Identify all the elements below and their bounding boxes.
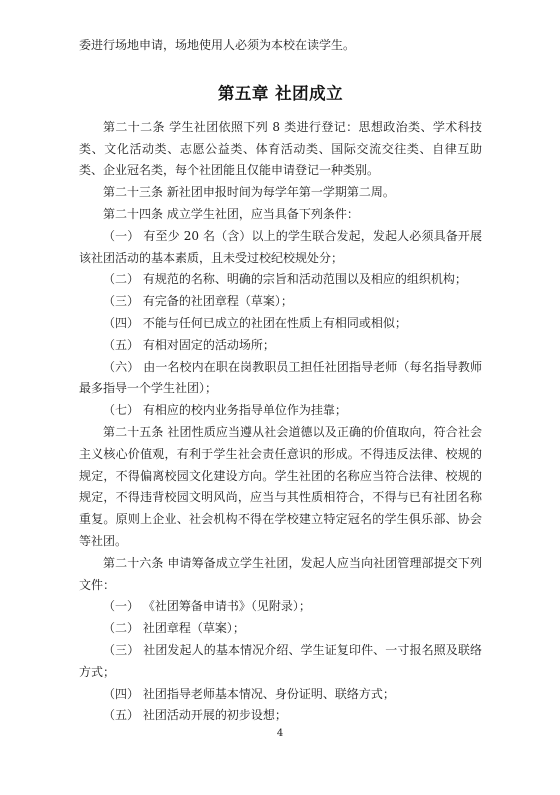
article-26-item-5: （五） 社团活动开展的初步设想； [79, 705, 482, 727]
article-26-paragraph: 第二十六条 申请筹备成立学生社团，发起人应当向社团管理部提交下列文件： [79, 553, 482, 597]
article-24-item-3: （三） 有完备的社团章程（草案）； [79, 291, 482, 313]
article-24-item-2: （二） 有规范的名称、明确的宗旨和活动范围以及相应的组织机构； [79, 269, 482, 291]
article-25-paragraph: 第二十五条 社团性质应当遵从社会道德以及正确的价值取向，符合社会主义核心价值观，… [79, 422, 482, 553]
article-22-paragraph: 第二十二条 学生社团依照下列 8 类进行登记：思想政治类、学术科技类、文化活动类… [79, 117, 482, 182]
article-24-item-1: （一） 有至少 20 名（含）以上的学生联合发起，发起人必须具备开展该社团活动的… [79, 226, 482, 270]
article-24-item-5: （五） 有相对固定的活动场所； [79, 335, 482, 357]
article-26-item-3: （三） 社团发起人的基本情况介绍、学生证复印件、一寸报名照及联络方式； [79, 640, 482, 684]
article-24-item-7: （七） 有相应的校内业务指导单位作为挂靠； [79, 400, 482, 422]
chapter-heading: 第五章 社团成立 [79, 83, 482, 105]
page-number: 4 [0, 729, 560, 739]
article-26-item-1: （一） 《社团筹备申请书》（见附录）； [79, 596, 482, 618]
article-23-paragraph: 第二十三条 新社团申报时间为每学年第一学期第二周。 [79, 182, 482, 204]
article-26-item-2: （二） 社团章程（草案）； [79, 618, 482, 640]
continuation-paragraph: 委进行场地申请，场地使用人必须为本校在读学生。 [79, 35, 482, 57]
article-24-item-6: （六） 由一名校内在职在岗教职员工担任社团指导老师（每名指导教师最多指导一个学生… [79, 357, 482, 401]
document-page: 委进行场地申请，场地使用人必须为本校在读学生。 第五章 社团成立 第二十二条 学… [0, 0, 560, 795]
article-24-item-4: （四） 不能与任何已成立的社团在性质上有相同或相似； [79, 313, 482, 335]
article-26-item-4: （四） 社团指导老师基本情况、身份证明、联络方式； [79, 684, 482, 706]
article-24-paragraph: 第二十四条 成立学生社团，应当具备下列条件： [79, 204, 482, 226]
